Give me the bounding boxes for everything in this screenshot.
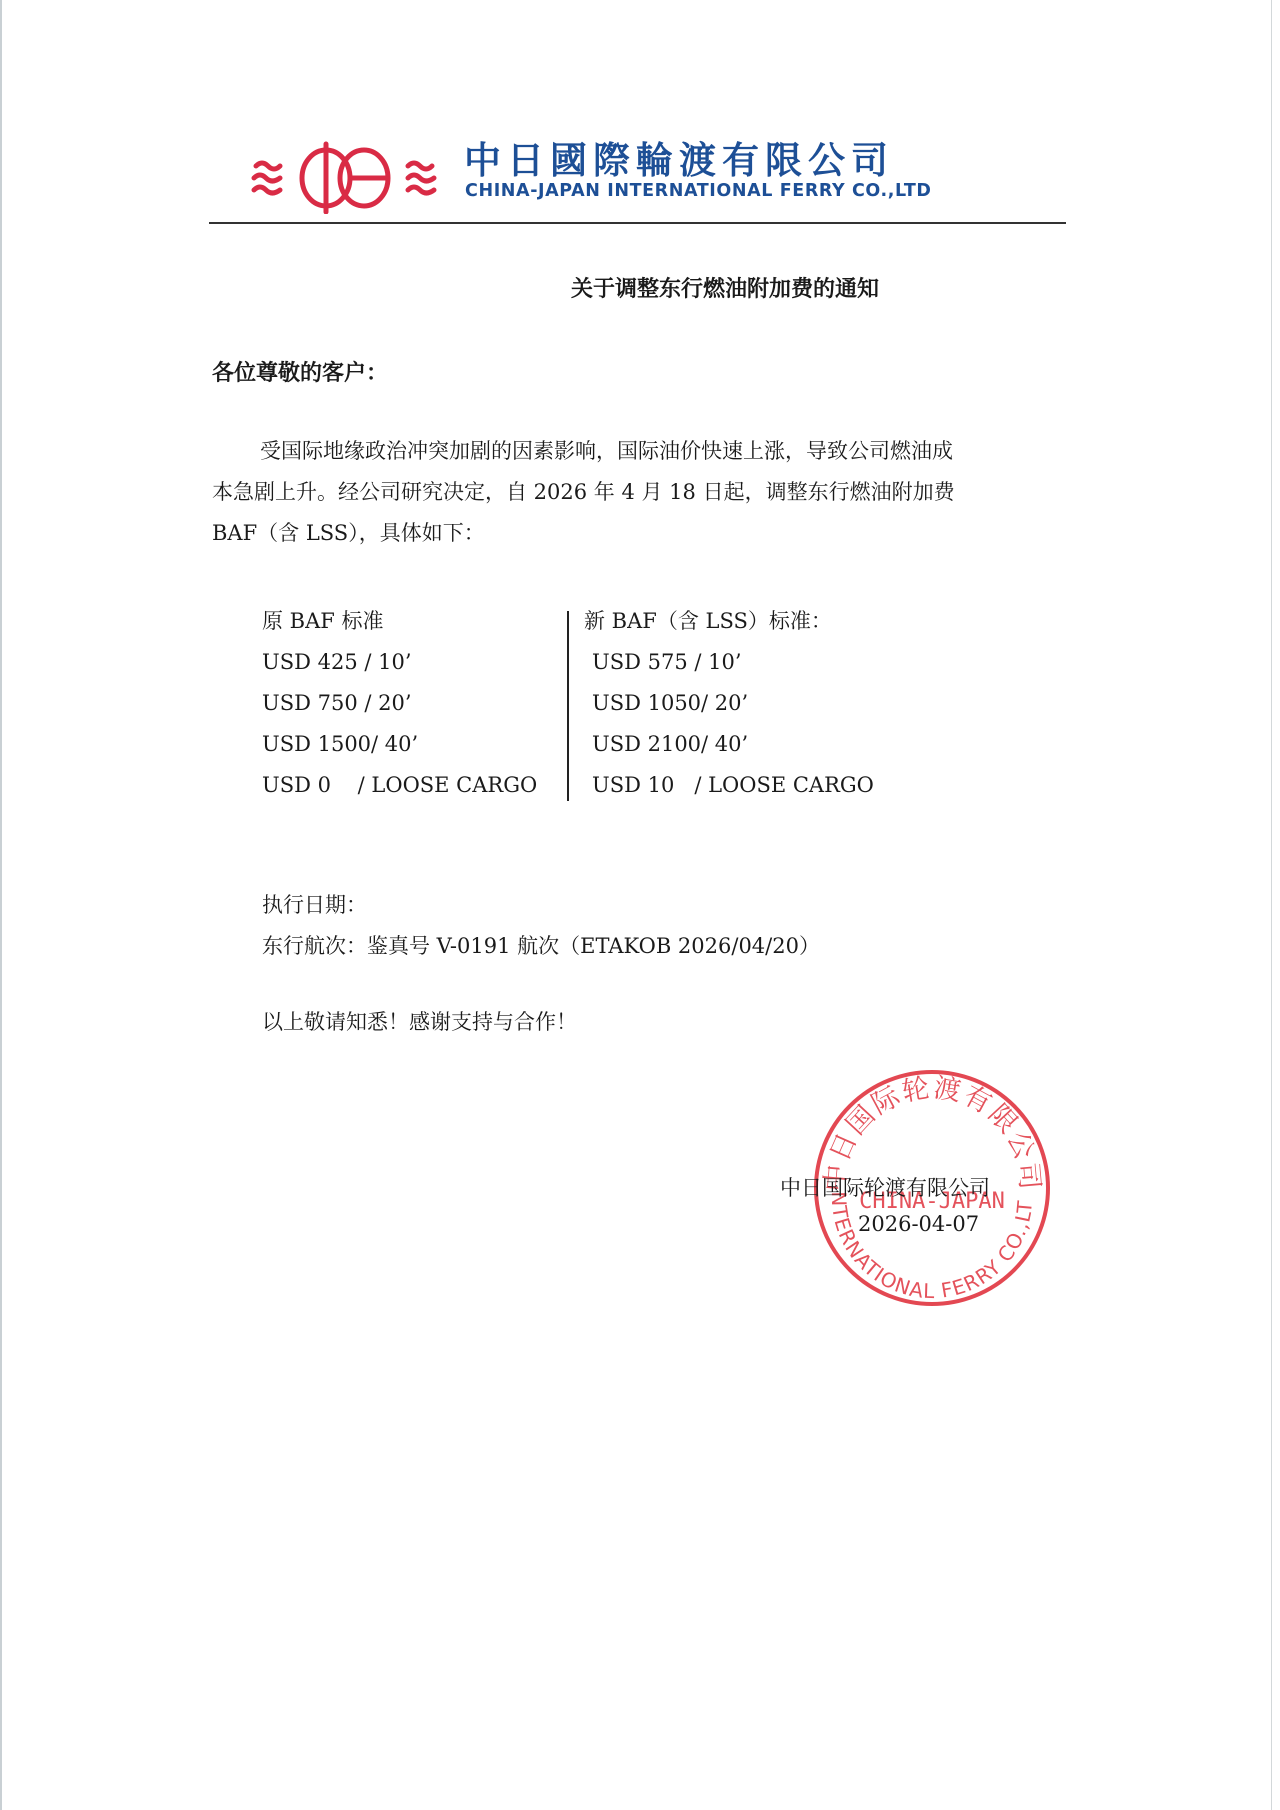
new-baf-header: 新 BAF（含 LSS）标准：: [584, 601, 874, 642]
voyage-info: 东行航次：鉴真号 V-0191 航次（ETAKOB 2026/04/20）: [262, 926, 820, 967]
company-name-en: CHINA-JAPAN INTERNATIONAL FERRY CO.,LTD: [465, 180, 932, 202]
ferry-logo-icon: [248, 138, 448, 214]
closing-remark: 以上敬请知悉！感谢支持与合作！: [262, 1006, 577, 1036]
effective-date-label: 执行日期：: [262, 885, 820, 926]
company-name-cn: 中日國際輪渡有限公司: [464, 140, 894, 182]
old-baf-rate: USD 425 / 10’: [262, 642, 537, 683]
signature-date: 2026-04-07: [858, 1212, 979, 1236]
body-line: 受国际地缘政治冲突加剧的因素影响，国际油价快速上涨，导致公司燃油成: [212, 431, 1072, 472]
signature-company: 中日国际轮渡有限公司: [780, 1172, 990, 1202]
new-baf-rate: USD 10 / LOOSE CARGO: [584, 765, 874, 806]
old-baf-rate: USD 750 / 20’: [262, 683, 537, 724]
body-paragraph: 受国际地缘政治冲突加剧的因素影响，国际油价快速上涨，导致公司燃油成 本急剧上升。…: [212, 431, 1072, 554]
body-line: 本急剧上升。经公司研究决定，自 2026 年 4 月 18 日起，调整东行燃油附…: [212, 472, 1072, 513]
document-title: 关于调整东行燃油附加费的通知: [0, 272, 1280, 303]
new-baf-column: 新 BAF（含 LSS）标准： USD 575 / 10’ USD 1050/ …: [584, 601, 874, 806]
old-baf-rate: USD 1500/ 40’: [262, 724, 537, 765]
new-baf-rate: USD 1050/ 20’: [584, 683, 874, 724]
column-divider: [567, 611, 569, 801]
old-baf-header: 原 BAF 标准: [262, 601, 537, 642]
effective-date-block: 执行日期： 东行航次：鉴真号 V-0191 航次（ETAKOB 2026/04/…: [262, 885, 820, 967]
body-line: BAF（含 LSS），具体如下：: [212, 513, 1072, 554]
old-baf-column: 原 BAF 标准 USD 425 / 10’ USD 750 / 20’ USD…: [262, 601, 537, 806]
old-baf-rate: USD 0 / LOOSE CARGO: [262, 765, 537, 806]
new-baf-rate: USD 2100/ 40’: [584, 724, 874, 765]
salutation: 各位尊敬的客户：: [212, 356, 388, 387]
new-baf-rate: USD 575 / 10’: [584, 642, 874, 683]
header-divider: [209, 222, 1066, 224]
